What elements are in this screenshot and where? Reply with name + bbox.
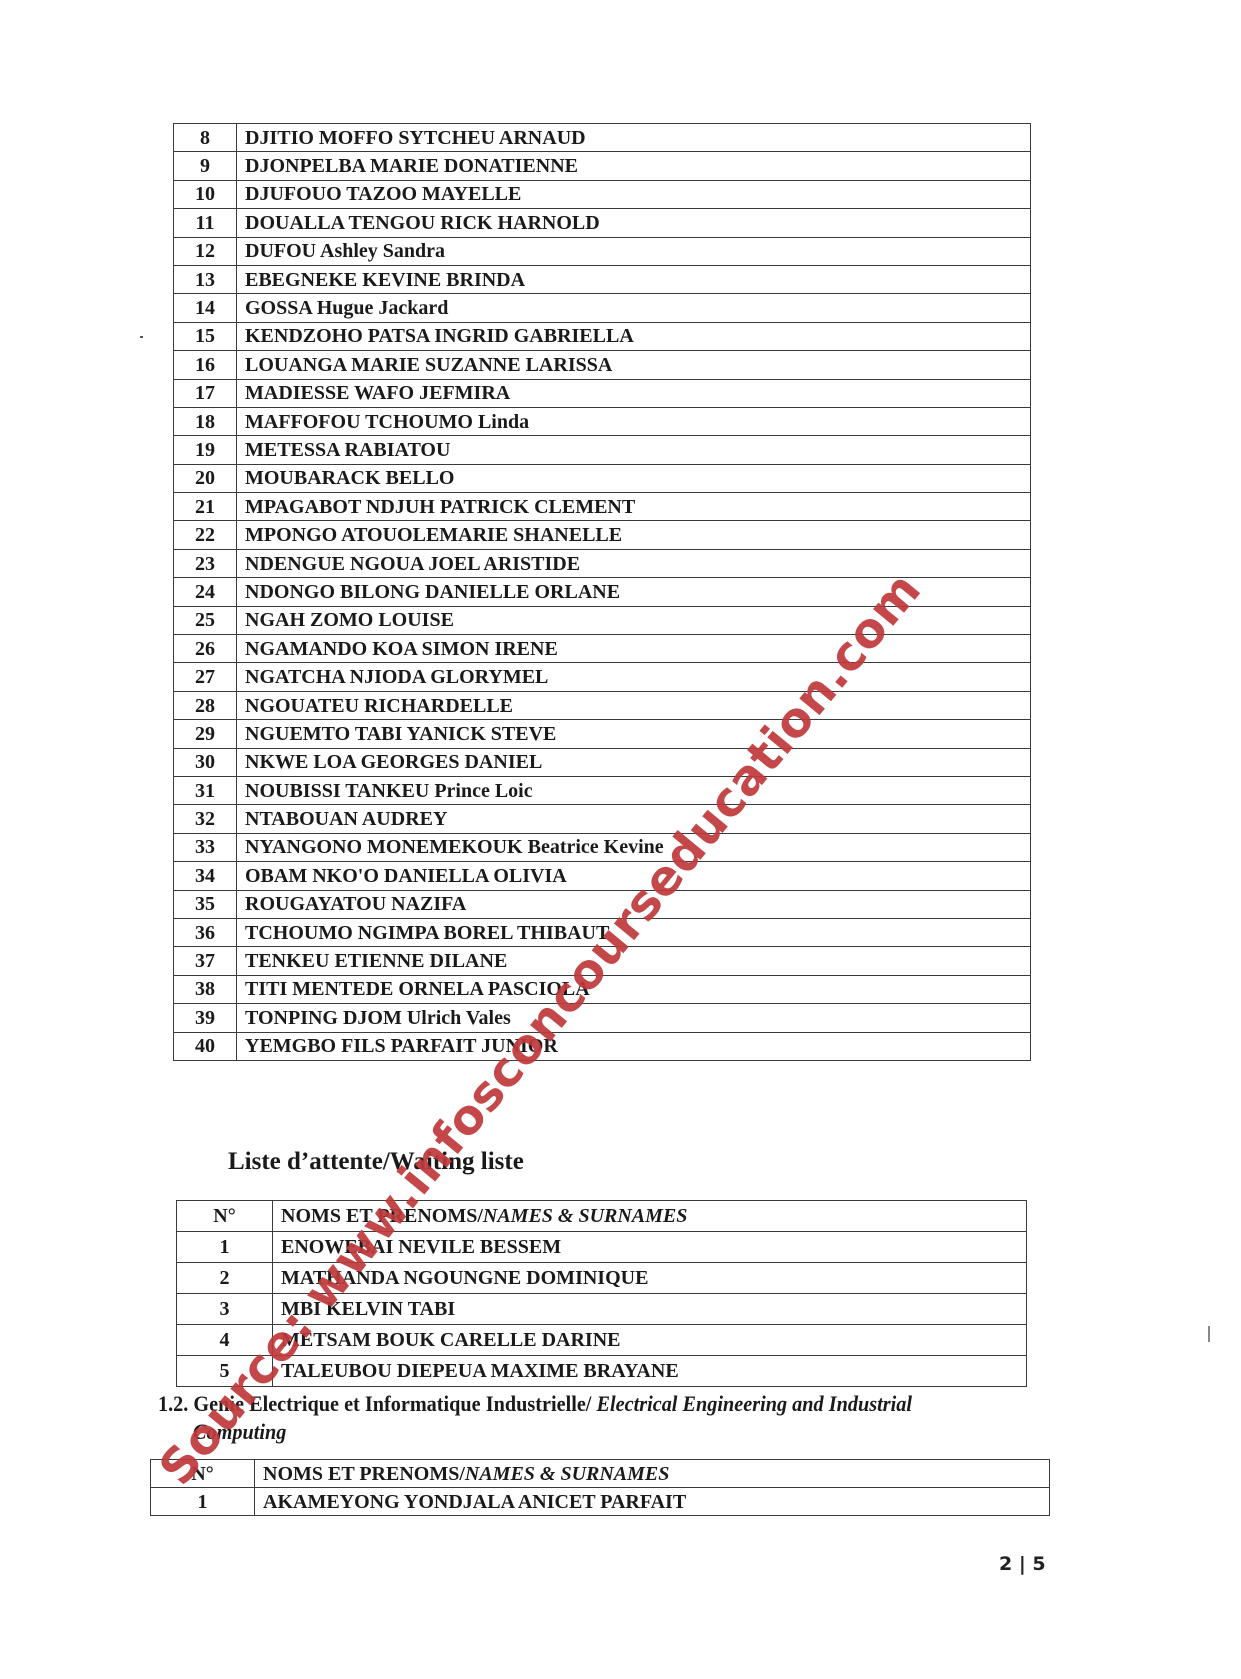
table-row: 13EBEGNEKE KEVINE BRINDA bbox=[174, 265, 1031, 293]
row-name: DJITIO MOFFO SYTCHEU ARNAUD bbox=[237, 124, 1031, 152]
row-number: 25 bbox=[174, 606, 237, 634]
table-row: 10DJUFOUO TAZOO MAYELLE bbox=[174, 180, 1031, 208]
waiting-list-heading: Liste d’attente/Waiting liste bbox=[228, 1148, 524, 1176]
row-name: TONPING DJOM Ulrich Vales bbox=[237, 1004, 1031, 1032]
row-number: 39 bbox=[174, 1004, 237, 1032]
column-header-number: N° bbox=[177, 1201, 273, 1232]
row-number: 35 bbox=[174, 890, 237, 918]
row-number: 15 bbox=[174, 322, 237, 350]
table-row: 20MOUBARACK BELLO bbox=[174, 464, 1031, 492]
table-row: 22MPONGO ATOUOLEMARIE SHANELLE bbox=[174, 521, 1031, 549]
row-name: DJONPELBA MARIE DONATIENNE bbox=[237, 152, 1031, 180]
row-name: DOUALLA TENGOU RICK HARNOLD bbox=[237, 209, 1031, 237]
header-name-en: NAMES & SURNAMES bbox=[465, 1463, 670, 1485]
table-header-row: N° NOMS ET PRENOMS/NAMES & SURNAMES bbox=[177, 1201, 1027, 1232]
row-number: 34 bbox=[174, 862, 237, 890]
row-number: 17 bbox=[174, 379, 237, 407]
row-number: 21 bbox=[174, 493, 237, 521]
section-heading-1-2: 1.2. Genie Electrique et Informatique In… bbox=[158, 1390, 986, 1446]
row-name: NGUEMTO TABI YANICK STEVE bbox=[237, 720, 1031, 748]
row-name: YEMGBO FILS PARFAIT JUNIOR bbox=[237, 1032, 1031, 1060]
row-name: METESSA RABIATOU bbox=[237, 436, 1031, 464]
table-row: 28NGOUATEU RICHARDELLE bbox=[174, 691, 1031, 719]
row-name: EBEGNEKE KEVINE BRINDA bbox=[237, 265, 1031, 293]
table-row: 11DOUALLA TENGOU RICK HARNOLD bbox=[174, 209, 1031, 237]
row-number: 10 bbox=[174, 180, 237, 208]
row-name: NYANGONO MONEMEKOUK Beatrice Kevine bbox=[237, 833, 1031, 861]
scan-speck bbox=[140, 336, 143, 338]
row-name: TALEUBOU DIEPEUA MAXIME BRAYANE bbox=[273, 1356, 1027, 1387]
row-name: MOUBARACK BELLO bbox=[237, 464, 1031, 492]
row-name: MPONGO ATOUOLEMARIE SHANELLE bbox=[237, 521, 1031, 549]
row-number: 3 bbox=[177, 1294, 273, 1325]
row-name: LOUANGA MARIE SUZANNE LARISSA bbox=[237, 351, 1031, 379]
row-name: GOSSA Hugue Jackard bbox=[237, 294, 1031, 322]
scan-mark bbox=[1208, 1326, 1210, 1342]
row-number: 36 bbox=[174, 918, 237, 946]
table-row: 15KENDZOHO PATSA INGRID GABRIELLA bbox=[174, 322, 1031, 350]
table-header-row: N° NOMS ET PRENOMS/NAMES & SURNAMES bbox=[151, 1460, 1050, 1488]
row-name: NTABOUAN AUDREY bbox=[237, 805, 1031, 833]
page-number: 2 | 5 bbox=[999, 1553, 1046, 1575]
table-row: 5TALEUBOU DIEPEUA MAXIME BRAYANE bbox=[177, 1356, 1027, 1387]
row-name: NDENGUE NGOUA JOEL ARISTIDE bbox=[237, 549, 1031, 577]
row-number: 1 bbox=[177, 1232, 273, 1263]
table-row: 39TONPING DJOM Ulrich Vales bbox=[174, 1004, 1031, 1032]
table-row: 21MPAGABOT NDJUH PATRICK CLEMENT bbox=[174, 493, 1031, 521]
row-number: 19 bbox=[174, 436, 237, 464]
row-name: NOUBISSI TANKEU Prince Loic bbox=[237, 776, 1031, 804]
table-row: 17MADIESSE WAFO JEFMIRA bbox=[174, 379, 1031, 407]
row-number: 16 bbox=[174, 351, 237, 379]
row-number: 8 bbox=[174, 124, 237, 152]
row-name: NKWE LOA GEORGES DANIEL bbox=[237, 748, 1031, 776]
row-number: 29 bbox=[174, 720, 237, 748]
row-number: 28 bbox=[174, 691, 237, 719]
table-row: 27NGATCHA NJIODA GLORYMEL bbox=[174, 663, 1031, 691]
row-name: DUFOU Ashley Sandra bbox=[237, 237, 1031, 265]
row-name: MBI KELVIN TABI bbox=[273, 1294, 1027, 1325]
table-row: 31NOUBISSI TANKEU Prince Loic bbox=[174, 776, 1031, 804]
section-number: 1.2. bbox=[158, 1391, 188, 1416]
header-name-fr: NOMS ET PRENOMS/ bbox=[263, 1463, 465, 1485]
table-row: 40YEMGBO FILS PARFAIT JUNIOR bbox=[174, 1032, 1031, 1060]
row-number: 23 bbox=[174, 549, 237, 577]
row-name: MADIESSE WAFO JEFMIRA bbox=[237, 379, 1031, 407]
row-number: 12 bbox=[174, 237, 237, 265]
row-name: MPAGABOT NDJUH PATRICK CLEMENT bbox=[237, 493, 1031, 521]
row-number: 32 bbox=[174, 805, 237, 833]
row-name: NGATCHA NJIODA GLORYMEL bbox=[237, 663, 1031, 691]
row-name: METSAM BOUK CARELLE DARINE bbox=[273, 1325, 1027, 1356]
row-number: 24 bbox=[174, 578, 237, 606]
row-name: NGOUATEU RICHARDELLE bbox=[237, 691, 1031, 719]
electrical-engineering-list-table: N° NOMS ET PRENOMS/NAMES & SURNAMES 1AKA… bbox=[150, 1459, 1050, 1516]
table-row: 18MAFFOFOU TCHOUMO Linda bbox=[174, 407, 1031, 435]
table-row: 19METESSA RABIATOU bbox=[174, 436, 1031, 464]
row-name: KENDZOHO PATSA INGRID GABRIELLA bbox=[237, 322, 1031, 350]
table-row: 12DUFOU Ashley Sandra bbox=[174, 237, 1031, 265]
row-number: 30 bbox=[174, 748, 237, 776]
row-number: 14 bbox=[174, 294, 237, 322]
row-number: 27 bbox=[174, 663, 237, 691]
row-number: 18 bbox=[174, 407, 237, 435]
row-name: TITI MENTEDE ORNELA PASCIOLA bbox=[237, 975, 1031, 1003]
table-row: 34OBAM NKO'O DANIELLA OLIVIA bbox=[174, 862, 1031, 890]
table-row: 14GOSSA Hugue Jackard bbox=[174, 294, 1031, 322]
table-row: 33NYANGONO MONEMEKOUK Beatrice Kevine bbox=[174, 833, 1031, 861]
section-title-en-cont: Computing bbox=[158, 1418, 986, 1446]
row-number: 33 bbox=[174, 833, 237, 861]
table-row: 1AKAMEYONG YONDJALA ANICET PARFAIT bbox=[151, 1488, 1050, 1516]
row-number: 40 bbox=[174, 1032, 237, 1060]
header-name-en: NAMES & SURNAMES bbox=[483, 1205, 688, 1227]
row-name: NGAMANDO KOA SIMON IRENE bbox=[237, 635, 1031, 663]
row-number: 13 bbox=[174, 265, 237, 293]
row-name: DJUFOUO TAZOO MAYELLE bbox=[237, 180, 1031, 208]
table-row: 1ENOWEBAI NEVILE BESSEM bbox=[177, 1232, 1027, 1263]
row-number: 11 bbox=[174, 209, 237, 237]
column-header-name: NOMS ET PRENOMS/NAMES & SURNAMES bbox=[255, 1460, 1050, 1488]
row-name: MATHANDA NGOUNGNE DOMINIQUE bbox=[273, 1263, 1027, 1294]
table-row: 16LOUANGA MARIE SUZANNE LARISSA bbox=[174, 351, 1031, 379]
row-number: 22 bbox=[174, 521, 237, 549]
row-number: 20 bbox=[174, 464, 237, 492]
table-row: 30NKWE LOA GEORGES DANIEL bbox=[174, 748, 1031, 776]
row-number: 26 bbox=[174, 635, 237, 663]
row-number: 37 bbox=[174, 947, 237, 975]
row-name: AKAMEYONG YONDJALA ANICET PARFAIT bbox=[255, 1488, 1050, 1516]
row-number: 38 bbox=[174, 975, 237, 1003]
table-row: 8DJITIO MOFFO SYTCHEU ARNAUD bbox=[174, 124, 1031, 152]
table-row: 29NGUEMTO TABI YANICK STEVE bbox=[174, 720, 1031, 748]
row-number: 1 bbox=[151, 1488, 255, 1516]
row-number: 9 bbox=[174, 152, 237, 180]
row-number: 2 bbox=[177, 1263, 273, 1294]
row-number: 31 bbox=[174, 776, 237, 804]
table-row: 32NTABOUAN AUDREY bbox=[174, 805, 1031, 833]
section-title-en: Electrical Engineering and Industrial bbox=[596, 1391, 911, 1416]
table-row: 9DJONPELBA MARIE DONATIENNE bbox=[174, 152, 1031, 180]
table-row: 26NGAMANDO KOA SIMON IRENE bbox=[174, 635, 1031, 663]
row-name: MAFFOFOU TCHOUMO Linda bbox=[237, 407, 1031, 435]
